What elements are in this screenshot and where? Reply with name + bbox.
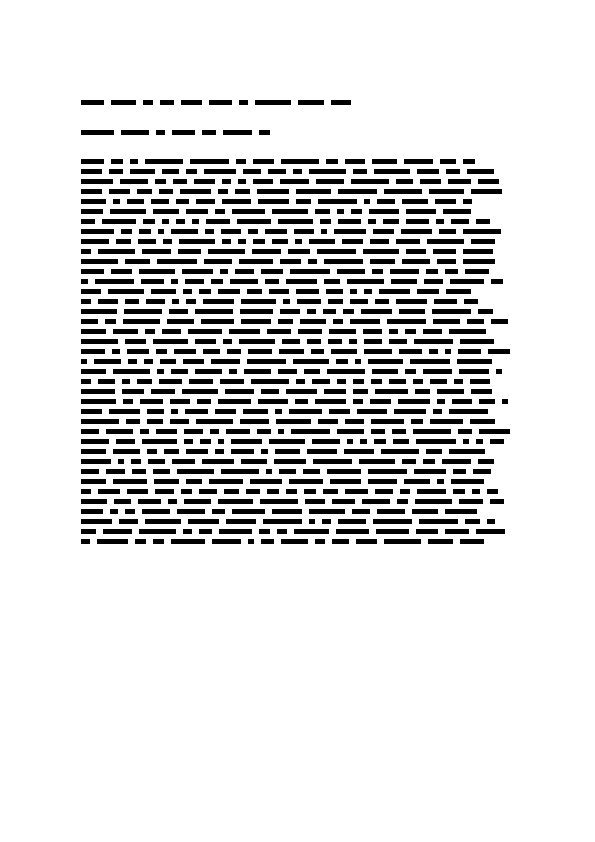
- illegible-word: [127, 199, 144, 204]
- illegible-word: [445, 349, 451, 354]
- illegible-word: [312, 439, 340, 444]
- illegible-word: [189, 379, 213, 384]
- illegible-word: [113, 449, 140, 454]
- illegible-word: [203, 299, 234, 304]
- illegible-word: [257, 429, 271, 434]
- body-line: [81, 536, 515, 546]
- illegible-word: [351, 179, 389, 184]
- illegible-word: [323, 309, 336, 314]
- illegible-word: [289, 409, 322, 414]
- illegible-word: [192, 219, 199, 224]
- illegible-word: [241, 459, 267, 464]
- illegible-word: [145, 329, 155, 334]
- illegible-word: [478, 309, 493, 314]
- illegible-word: [433, 409, 442, 414]
- illegible-word: [282, 339, 300, 344]
- illegible-word: [377, 509, 405, 514]
- illegible-word: [317, 249, 356, 254]
- illegible-word: [442, 459, 471, 464]
- body-line: [81, 356, 515, 366]
- illegible-word: [171, 539, 205, 544]
- illegible-word: [81, 299, 91, 304]
- illegible-word: [81, 479, 106, 484]
- illegible-word: [81, 169, 102, 174]
- illegible-word: [103, 529, 132, 534]
- illegible-word: [332, 499, 355, 504]
- illegible-word: [119, 519, 138, 524]
- body-line: [81, 256, 515, 266]
- illegible-word: [369, 209, 399, 214]
- illegible-word: [200, 439, 211, 444]
- illegible-word: [218, 399, 251, 404]
- illegible-word: [123, 399, 133, 404]
- illegible-word: [237, 219, 271, 224]
- illegible-word: [238, 239, 246, 244]
- illegible-word: [338, 189, 377, 194]
- illegible-word: [239, 339, 275, 344]
- illegible-word: [279, 349, 304, 354]
- illegible-word: [316, 179, 344, 184]
- illegible-word: [183, 289, 192, 294]
- illegible-word: [331, 100, 351, 105]
- illegible-word: [331, 349, 357, 354]
- illegible-word: [223, 339, 232, 344]
- illegible-word: [416, 529, 438, 534]
- illegible-word: [371, 379, 382, 384]
- illegible-word: [433, 319, 460, 324]
- illegible-word: [296, 199, 311, 204]
- illegible-word: [153, 209, 179, 214]
- illegible-word: [371, 429, 385, 434]
- illegible-word: [360, 439, 367, 444]
- illegible-word: [283, 299, 290, 304]
- illegible-word: [267, 489, 279, 494]
- illegible-word: [312, 379, 330, 384]
- illegible-word: [211, 359, 240, 364]
- illegible-word: [373, 519, 412, 524]
- illegible-word: [220, 269, 228, 274]
- illegible-word: [199, 289, 211, 294]
- illegible-word: [362, 499, 390, 504]
- illegible-word: [294, 529, 329, 534]
- illegible-word: [437, 479, 444, 484]
- illegible-word: [478, 459, 494, 464]
- illegible-word: [298, 100, 324, 105]
- illegible-word: [337, 429, 364, 434]
- document-body: [81, 156, 515, 546]
- illegible-word: [176, 219, 185, 224]
- body-line: [81, 266, 515, 276]
- illegible-word: [209, 100, 232, 105]
- illegible-word: [329, 409, 350, 414]
- illegible-word: [231, 449, 254, 454]
- illegible-word: [372, 159, 397, 164]
- illegible-word: [286, 389, 317, 394]
- illegible-word: [305, 499, 325, 504]
- body-line: [81, 486, 515, 496]
- illegible-word: [221, 469, 259, 474]
- illegible-word: [327, 369, 365, 374]
- illegible-word: [320, 219, 331, 224]
- illegible-word: [289, 479, 323, 484]
- illegible-word: [261, 389, 279, 394]
- illegible-word: [279, 469, 296, 474]
- illegible-word: [315, 539, 325, 544]
- illegible-word: [106, 469, 125, 474]
- illegible-word: [281, 539, 308, 544]
- illegible-word: [94, 359, 121, 364]
- illegible-word: [81, 319, 98, 324]
- illegible-word: [266, 469, 272, 474]
- illegible-word: [128, 359, 137, 364]
- illegible-word: [373, 229, 394, 234]
- illegible-word: [172, 299, 179, 304]
- illegible-word: [384, 189, 422, 194]
- illegible-word: [229, 329, 260, 334]
- illegible-word: [123, 319, 160, 324]
- illegible-word: [208, 249, 245, 254]
- illegible-word: [248, 229, 258, 234]
- illegible-word: [427, 239, 464, 244]
- illegible-word: [350, 289, 357, 294]
- illegible-word: [168, 499, 177, 504]
- illegible-word: [147, 449, 157, 454]
- illegible-word: [375, 389, 408, 394]
- illegible-word: [363, 329, 382, 334]
- illegible-word: [81, 509, 103, 514]
- illegible-word: [137, 379, 152, 384]
- illegible-word: [315, 399, 346, 404]
- illegible-word: [162, 219, 169, 224]
- illegible-word: [202, 130, 216, 135]
- illegible-word: [309, 239, 335, 244]
- illegible-word: [353, 169, 367, 174]
- illegible-word: [272, 209, 308, 214]
- illegible-word: [334, 229, 366, 234]
- illegible-word: [406, 209, 436, 214]
- illegible-word: [154, 479, 179, 484]
- illegible-word: [338, 519, 366, 524]
- body-line: [81, 506, 515, 516]
- body-line: [81, 216, 515, 226]
- illegible-word: [372, 269, 383, 274]
- illegible-word: [246, 489, 260, 494]
- body-line: [81, 436, 515, 446]
- illegible-word: [449, 449, 485, 454]
- body-line: [81, 206, 515, 216]
- illegible-word: [156, 130, 165, 135]
- illegible-word: [463, 439, 469, 444]
- illegible-word: [142, 249, 171, 254]
- illegible-word: [106, 429, 133, 434]
- illegible-word: [81, 279, 88, 284]
- illegible-word: [272, 509, 302, 514]
- illegible-word: [406, 249, 426, 254]
- illegible-word: [286, 279, 317, 284]
- illegible-word: [487, 519, 495, 524]
- illegible-word: [261, 269, 283, 274]
- illegible-word: [81, 339, 118, 344]
- illegible-word: [218, 289, 240, 294]
- illegible-word: [111, 269, 132, 274]
- illegible-word: [121, 229, 132, 234]
- illegible-word: [267, 329, 291, 334]
- illegible-word: [109, 409, 140, 414]
- illegible-word: [170, 419, 189, 424]
- body-line: [81, 306, 515, 316]
- illegible-word: [81, 389, 115, 394]
- illegible-word: [436, 219, 444, 224]
- illegible-word: [180, 189, 211, 194]
- illegible-word: [259, 130, 270, 135]
- illegible-word: [181, 489, 192, 494]
- illegible-word: [81, 199, 106, 204]
- illegible-word: [356, 539, 377, 544]
- illegible-word: [324, 259, 363, 264]
- illegible-word: [151, 389, 175, 394]
- illegible-word: [111, 159, 123, 164]
- illegible-word: [167, 319, 194, 324]
- illegible-word: [169, 309, 188, 314]
- illegible-word: [417, 169, 439, 174]
- illegible-word: [490, 499, 504, 504]
- illegible-word: [330, 479, 361, 484]
- illegible-word: [370, 239, 389, 244]
- illegible-word: [241, 299, 276, 304]
- illegible-word: [157, 369, 164, 374]
- illegible-word: [488, 349, 510, 354]
- body-line: [81, 286, 515, 296]
- illegible-word: [139, 229, 151, 234]
- illegible-word: [459, 369, 489, 374]
- illegible-word: [196, 419, 233, 424]
- illegible-word: [102, 219, 136, 224]
- illegible-word: [81, 489, 91, 494]
- illegible-word: [276, 419, 311, 424]
- illegible-word: [81, 529, 96, 534]
- illegible-word: [278, 319, 293, 324]
- illegible-word: [185, 409, 208, 414]
- illegible-word: [351, 209, 362, 214]
- body-line: [81, 376, 515, 386]
- illegible-word: [181, 100, 202, 105]
- illegible-word: [345, 419, 364, 424]
- illegible-word: [204, 259, 232, 264]
- illegible-word: [363, 249, 399, 254]
- illegible-word: [361, 309, 392, 314]
- illegible-word: [263, 519, 302, 524]
- illegible-word: [185, 279, 204, 284]
- body-line: [81, 466, 515, 476]
- illegible-word: [445, 509, 477, 514]
- illegible-word: [370, 399, 391, 404]
- illegible-word: [344, 449, 374, 454]
- illegible-word: [391, 279, 417, 284]
- illegible-word: [278, 219, 313, 224]
- illegible-word: [184, 499, 211, 504]
- illegible-word: [458, 429, 472, 434]
- illegible-word: [478, 179, 499, 184]
- illegible-word: [479, 399, 495, 404]
- body-line: [81, 386, 515, 396]
- illegible-word: [243, 169, 261, 174]
- illegible-word: [223, 130, 252, 135]
- illegible-word: [252, 249, 281, 254]
- illegible-word: [337, 379, 346, 384]
- illegible-word: [396, 299, 427, 304]
- illegible-word: [138, 239, 156, 244]
- illegible-word: [293, 359, 329, 364]
- illegible-word: [304, 369, 320, 374]
- illegible-word: [281, 159, 319, 164]
- illegible-word: [364, 339, 382, 344]
- illegible-word: [81, 469, 99, 474]
- illegible-word: [172, 459, 195, 464]
- illegible-word: [125, 259, 150, 264]
- illegible-word: [315, 209, 330, 214]
- illegible-word: [278, 429, 284, 434]
- document-page: [0, 0, 595, 842]
- body-line: [81, 276, 515, 286]
- illegible-word: [225, 389, 254, 394]
- illegible-word: [384, 539, 421, 544]
- illegible-word: [247, 289, 262, 294]
- illegible-word: [332, 539, 349, 544]
- illegible-word: [238, 179, 246, 184]
- illegible-word: [336, 529, 369, 534]
- illegible-word: [146, 299, 165, 304]
- illegible-word: [415, 499, 452, 504]
- body-line: [81, 526, 515, 536]
- illegible-word: [451, 219, 469, 224]
- illegible-word: [81, 429, 99, 434]
- illegible-word: [195, 369, 222, 374]
- illegible-word: [460, 539, 484, 544]
- illegible-word: [160, 100, 174, 105]
- illegible-word: [259, 529, 270, 534]
- illegible-word: [448, 179, 471, 184]
- illegible-word: [374, 169, 410, 174]
- illegible-word: [182, 389, 218, 394]
- illegible-word: [81, 419, 119, 424]
- illegible-word: [81, 399, 116, 404]
- illegible-word: [437, 259, 456, 264]
- illegible-word: [491, 279, 503, 284]
- illegible-word: [424, 279, 443, 284]
- illegible-word: [280, 259, 301, 264]
- illegible-word: [142, 509, 170, 514]
- illegible-word: [368, 219, 376, 224]
- document-title: [81, 97, 354, 107]
- illegible-word: [186, 299, 196, 304]
- illegible-word: [294, 229, 314, 234]
- illegible-word: [222, 199, 251, 204]
- illegible-word: [215, 409, 236, 414]
- illegible-word: [345, 159, 365, 164]
- illegible-word: [190, 159, 229, 164]
- illegible-word: [140, 429, 149, 434]
- illegible-word: [389, 329, 398, 334]
- illegible-word: [269, 439, 305, 444]
- illegible-word: [410, 359, 450, 364]
- illegible-word: [280, 179, 309, 184]
- illegible-word: [355, 359, 361, 364]
- illegible-word: [81, 359, 87, 364]
- illegible-word: [114, 499, 131, 504]
- illegible-word: [439, 229, 456, 234]
- illegible-word: [309, 169, 346, 174]
- illegible-word: [139, 269, 175, 274]
- illegible-word: [81, 239, 109, 244]
- illegible-word: [206, 219, 230, 224]
- illegible-word: [81, 189, 102, 194]
- illegible-word: [434, 299, 457, 304]
- illegible-word: [313, 459, 352, 464]
- body-line: [81, 476, 515, 486]
- illegible-word: [479, 429, 510, 434]
- illegible-word: [463, 249, 493, 254]
- illegible-word: [368, 469, 407, 474]
- illegible-word: [420, 179, 441, 184]
- illegible-word: [426, 449, 442, 454]
- illegible-word: [240, 309, 273, 314]
- illegible-word: [453, 469, 466, 474]
- illegible-word: [138, 499, 161, 504]
- body-line: [81, 426, 515, 436]
- illegible-word: [195, 339, 216, 344]
- body-line: [81, 166, 515, 176]
- illegible-word: [298, 329, 322, 334]
- illegible-word: [374, 439, 386, 444]
- illegible-word: [231, 439, 262, 444]
- illegible-word: [405, 329, 416, 334]
- illegible-word: [428, 539, 453, 544]
- illegible-word: [417, 289, 439, 294]
- illegible-word: [465, 519, 480, 524]
- illegible-word: [433, 249, 456, 254]
- illegible-word: [399, 349, 422, 354]
- illegible-word: [376, 529, 409, 534]
- illegible-word: [300, 319, 326, 324]
- illegible-word: [151, 199, 169, 204]
- illegible-word: [389, 379, 406, 384]
- illegible-word: [132, 469, 146, 474]
- illegible-word: [215, 449, 224, 454]
- illegible-word: [148, 459, 165, 464]
- illegible-word: [288, 249, 310, 254]
- illegible-word: [396, 179, 413, 184]
- illegible-word: [113, 479, 147, 484]
- illegible-word: [251, 379, 289, 384]
- illegible-word: [137, 189, 152, 194]
- illegible-word: [232, 509, 265, 514]
- illegible-word: [324, 389, 346, 394]
- illegible-word: [471, 389, 492, 394]
- illegible-word: [170, 399, 190, 404]
- illegible-word: [145, 519, 181, 524]
- illegible-word: [463, 159, 475, 164]
- illegible-word: [224, 489, 239, 494]
- body-line: [81, 446, 515, 456]
- illegible-word: [269, 289, 289, 294]
- illegible-word: [280, 309, 300, 314]
- illegible-word: [253, 239, 265, 244]
- illegible-word: [110, 209, 146, 214]
- illegible-word: [321, 229, 327, 234]
- illegible-word: [177, 509, 205, 514]
- illegible-word: [188, 329, 222, 334]
- illegible-word: [109, 189, 130, 194]
